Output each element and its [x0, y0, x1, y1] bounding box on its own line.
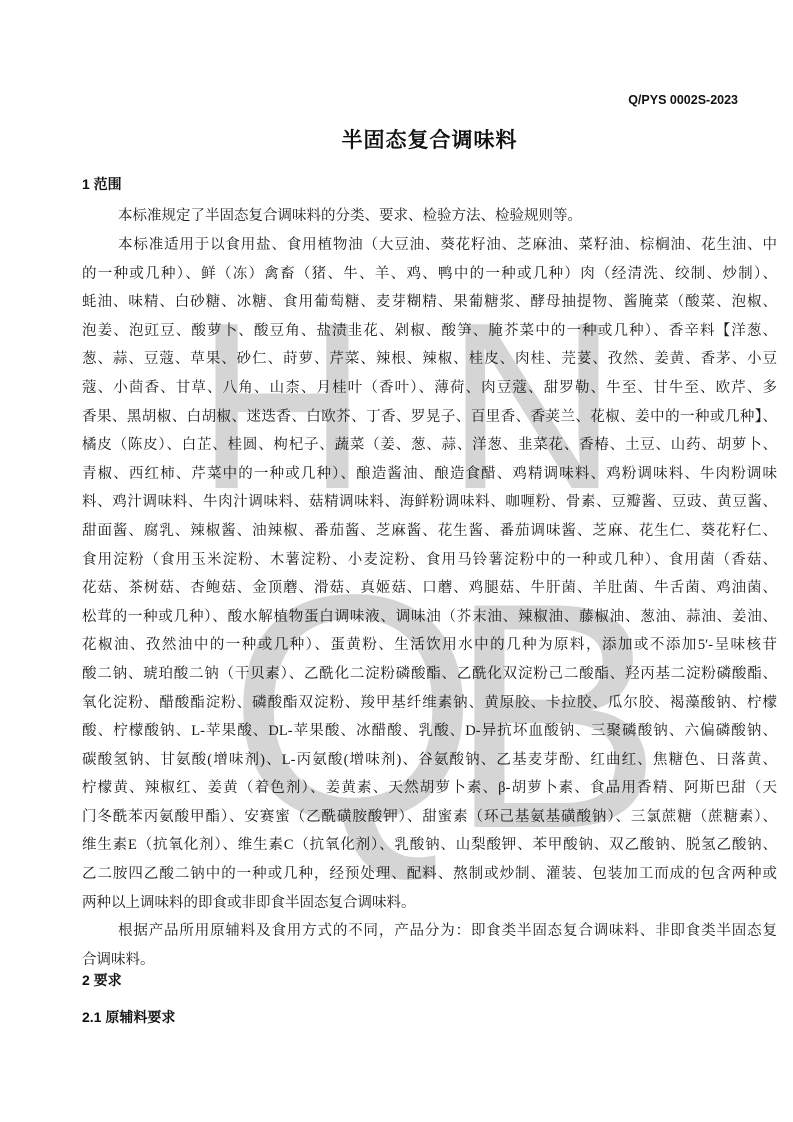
document-page: H N Q B Q/PYS 0002S-2023 半固态复合调味料 1 范围 本…: [0, 0, 793, 1122]
scope-paragraph-2: 本标准适用于以食用盐、食用植物油（大豆油、葵花籽油、芝麻油、菜籽油、棕榈油、花生…: [82, 231, 777, 917]
text-line: 本标准适用于以食用盐、食用植物油（大豆油、葵花籽油、芝麻油、菜籽油、棕榈油、花生…: [82, 231, 777, 260]
text-line: 青椒、西红柿、芹菜中的一种或几种）、酿造酱油、酿造食醋、鸡精调味料、鸡粉调味料、…: [82, 460, 777, 489]
text-line: 合调味料。: [82, 946, 777, 975]
section-2-1-raw-materials-heading: 2.1 原辅料要求: [82, 1008, 777, 1026]
page-title: 半固态复合调味料: [82, 124, 777, 154]
text-line: 花椒油、孜然油中的一种或几种）、蛋黄粉、生活饮用水中的几种为原料，添加或不添加5…: [82, 631, 777, 660]
scope-paragraph-1: 本标准规定了半固态复合调味料的分类、要求、检验方法、检验规则等。: [82, 202, 777, 231]
text-line: 甜面酱、腐乳、辣椒酱、油辣椒、番茄酱、芝麻酱、花生酱、番茄调味酱、芝麻、花生仁、…: [82, 517, 777, 546]
document-content: Q/PYS 0002S-2023 半固态复合调味料 1 范围 本标准规定了半固态…: [0, 0, 793, 1122]
text-line: 蔻、小茴香、甘草、八角、山柰、月桂叶（香叶）、薄荷、肉豆蔻、甜罗勒、牛至、甘牛至…: [82, 374, 777, 403]
text-line: 橘皮（陈皮）、白芷、桂圆、枸杞子、蔬菜（姜、葱、蒜、洋葱、韭菜花、香椿、土豆、山…: [82, 431, 777, 460]
scope-paragraph-3: 根据产品所用原辅料及食用方式的不同，产品分为：即食类半固态复合调味料、非即食类半…: [82, 917, 777, 974]
text-line: 柠檬黄、辣椒红、姜黄（着色剂）、姜黄素、天然胡萝卜素、β-胡萝卜素、食品用香精、…: [82, 774, 777, 803]
text-line: 料、鸡汁调味料、牛肉汁调味料、菇精调味料、海鲜粉调味料、咖喱粉、骨素、豆瓣酱、豆…: [82, 488, 777, 517]
section-2-requirements-heading: 2 要求: [82, 971, 777, 989]
text-line: 葱、蒜、豆蔻、草果、砂仁、莳萝、芹菜、辣根、辣椒、桂皮、肉桂、芫荽、孜然、姜黄、…: [82, 345, 777, 374]
text-line: 泡姜、泡豇豆、酸萝卜、酸豆角、盐渍韭花、剁椒、酸笋、腌芥菜中的一种或几种）、香辛…: [82, 317, 777, 346]
text-line: 门冬酰苯丙氨酸甲酯）、安赛蜜（乙酰磺胺酸钾）、甜蜜素（环己基氨基磺酸钠）、三氯蔗…: [82, 803, 777, 832]
section-1-scope-heading: 1 范围: [82, 175, 777, 193]
text-line: 松茸的一种或几种）、酸水解植物蛋白调味液、调味油（芥末油、辣椒油、藤椒油、葱油、…: [82, 603, 777, 632]
text-line: 酸二钠、琥珀酸二钠（干贝素）、乙酰化二淀粉磷酸酯、乙酰化双淀粉己二酸酯、羟丙基二…: [82, 660, 777, 689]
text-line: 维生素E（抗氧化剂）、维生素C（抗氧化剂）、乳酸钠、山梨酸钾、苯甲酸钠、双乙酸钠…: [82, 831, 777, 860]
text-line: 氧化淀粉、醋酸酯淀粉、磷酸酯双淀粉、羧甲基纤维素钠、黄原胶、卡拉胶、瓜尔胶、褐藻…: [82, 689, 777, 718]
standard-number: Q/PYS 0002S-2023: [628, 93, 738, 107]
text-line: 食用淀粉（食用玉米淀粉、木薯淀粉、小麦淀粉、食用马铃薯淀粉中的一种或几种）、食用…: [82, 546, 777, 575]
text-line: 两种以上调味料的即食或非即食半固态复合调味料。: [82, 889, 777, 918]
text-line: 的一种或几种）、鲜（冻）禽畜（猪、牛、羊、鸡、鸭中的一种或几种）肉（经清洗、绞制…: [82, 260, 777, 289]
text-line: 根据产品所用原辅料及食用方式的不同，产品分为：即食类半固态复合调味料、非即食类半…: [82, 917, 777, 946]
text-line: 蚝油、味精、白砂糖、冰糖、食用葡萄糖、麦芽糊精、果葡糖浆、酵母抽提物、酱腌菜（酸…: [82, 288, 777, 317]
text-line: 碳酸氢钠、甘氨酸(增味剂)、L-丙氨酸(增味剂)、谷氨酸钠、乙基麦芽酚、红曲红、…: [82, 746, 777, 775]
text-line: 香果、黑胡椒、白胡椒、迷迭香、白欧芥、丁香、罗晃子、百里香、香荚兰、花椒、姜中的…: [82, 403, 777, 432]
text-line: 乙二胺四乙酸二钠中的一种或几种，经预处理、配料、熬制或炒制、灌装、包装加工而成的…: [82, 860, 777, 889]
text-line: 酸、柠檬酸钠、L-苹果酸、DL-苹果酸、冰醋酸、乳酸、D-异抗坏血酸钠、三聚磷酸…: [82, 717, 777, 746]
text-line: 花菇、茶树菇、杏鲍菇、金顶蘑、滑菇、真姬菇、口蘑、鸡腿菇、牛肝菌、羊肚菌、牛舌菌…: [82, 574, 777, 603]
